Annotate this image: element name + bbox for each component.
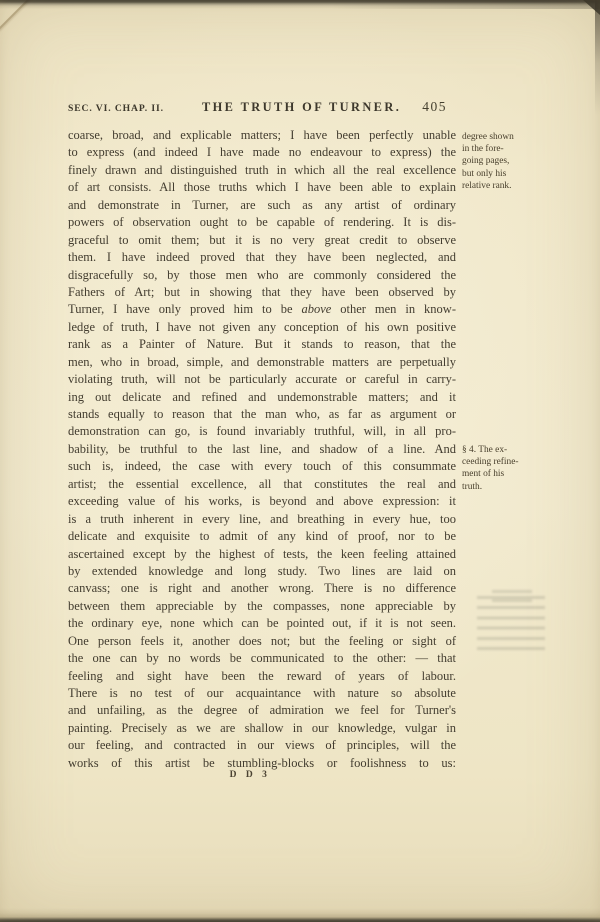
text-line: § 4. The ex- <box>462 444 552 456</box>
text-line: and demonstrate in Turner, are such as a… <box>68 197 456 214</box>
text-line: relative rank. <box>462 180 552 192</box>
text-line: by extended knowledge and long study. Tw… <box>68 563 456 580</box>
text-line: violating truth, will not be particularl… <box>68 371 456 388</box>
text-line: delicate and exquisite to admit of any k… <box>68 528 456 545</box>
text-line: truth. <box>462 481 552 493</box>
text-line: our feeling, and contracted in our views… <box>68 737 456 754</box>
section-chapter-label: SEC. VI. CHAP. II. <box>68 103 164 114</box>
running-header: SEC. VI. CHAP. II. THE TRUTH OF TURNER. … <box>68 99 456 115</box>
text-line: canvass; one is right and another wrong.… <box>68 580 456 597</box>
text-line: demonstration can go, is found invariabl… <box>68 423 456 440</box>
text-line: degree shown <box>462 131 552 143</box>
text-line: rank as a Painter of Nature. But it stan… <box>68 336 456 353</box>
ink-bleed-through <box>477 596 545 654</box>
text-line: and unfailing, as the degree of admirati… <box>68 702 456 719</box>
text-line: ment of his <box>462 468 552 480</box>
text-line: in the fore- <box>462 143 552 155</box>
text-line: coarse, broad, and explicable matters; I… <box>68 127 456 144</box>
text-line: ing out delicate and refined and undemon… <box>68 389 456 406</box>
text-line: feeling and sight have been the reward o… <box>68 668 456 685</box>
page-edge-shadow <box>0 0 600 9</box>
margin-note-section-4: § 4. The ex-ceeding refine-ment of histr… <box>462 444 552 493</box>
text-line: powers of observation ought to be capabl… <box>68 214 456 231</box>
text-line: Fathers of Art; but in showing that they… <box>68 284 456 301</box>
scanned-book-page: SEC. VI. CHAP. II. THE TRUTH OF TURNER. … <box>0 0 600 922</box>
text-line: finely drawn and distinguished truth in … <box>68 162 456 179</box>
text-line: such is, indeed, the case with every tou… <box>68 458 456 475</box>
text-line: them. I have indeed proved that they hav… <box>68 249 456 266</box>
running-title: THE TRUTH OF TURNER. <box>202 100 401 115</box>
text-line: the ordinary eye, none which can be poin… <box>68 615 456 632</box>
page-edge-shadow <box>0 908 600 922</box>
text-line: but only his <box>462 168 552 180</box>
text-line: men, who in broad, simple, and demonstra… <box>68 354 456 371</box>
text-line: between them appreciable by the compasse… <box>68 598 456 615</box>
text-line: exceeding value of his works, is beyond … <box>68 493 456 510</box>
text-line: artist; the essential excellence, all th… <box>68 476 456 493</box>
text-line: painting. Precisely as we are shallow in… <box>68 720 456 737</box>
text-line: going pages, <box>462 155 552 167</box>
text-line: ceeding refine- <box>462 456 552 468</box>
text-line: Turner, I have only proved him to be abo… <box>68 301 456 318</box>
text-line: ascertained except by the highest of tes… <box>68 546 456 563</box>
text-line: graceful to omit them; but it is no very… <box>68 232 456 249</box>
text-line: is a truth inherent in every line, and b… <box>68 511 456 528</box>
text-line: stands equally to reason that the man wh… <box>68 406 456 423</box>
page-edge-shadow <box>595 0 600 115</box>
text-line: ledge of truth, I have not given any con… <box>68 319 456 336</box>
text-line: to express (and indeed I have made no en… <box>68 144 456 161</box>
ink-bleed-through <box>492 590 532 604</box>
body-text: coarse, broad, and explicable matters; I… <box>68 127 456 772</box>
page-number: 405 <box>422 99 447 115</box>
text-line: the one can by no words be communicated … <box>68 650 456 667</box>
margin-note-relative-rank: degree shownin the fore-going pages,but … <box>462 131 552 192</box>
text-line: bability, be truthful to the last line, … <box>68 441 456 458</box>
text-line: One person feels it, another does not; b… <box>68 633 456 650</box>
signature-mark: D D 3 <box>56 770 444 780</box>
text-line: There is no test of our acquaintance wit… <box>68 685 456 702</box>
text-line: of art consists. All those truths which … <box>68 179 456 196</box>
text-line: disgracefully so, by those men who are c… <box>68 267 456 284</box>
